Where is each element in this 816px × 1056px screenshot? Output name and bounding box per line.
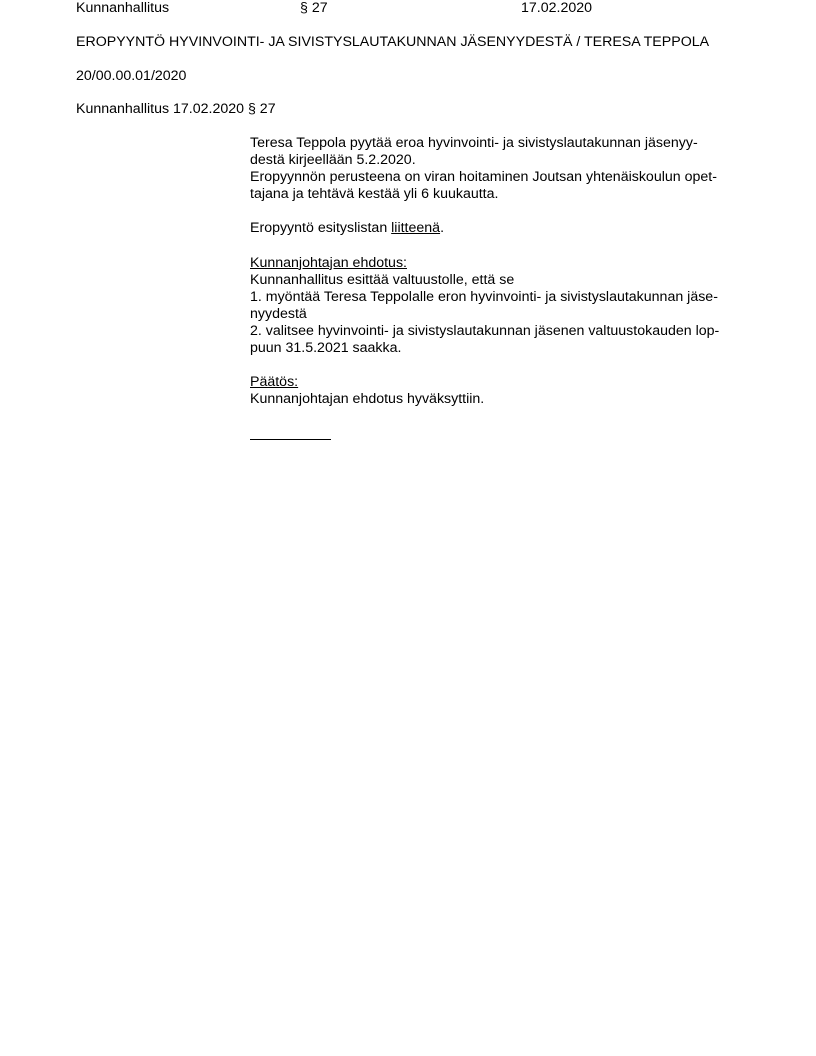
record-number: 20/00.00.01/2020 (76, 68, 186, 84)
meeting-reference: Kunnanhallitus 17.02.2020 § 27 (76, 101, 276, 117)
proposal-item-2-line-1: 2. valitsee hyvinvointi- ja sivistyslaut… (250, 323, 738, 340)
decision-heading: Päätös: (250, 374, 738, 391)
header-date: 17.02.2020 (521, 0, 592, 16)
proposal-intro: Kunnanhallitus esittää valtuustolle, ett… (250, 272, 738, 289)
header-section: § 27 (300, 0, 328, 16)
decision-text: Kunnanjohtajan ehdotus hyväksyttiin. (250, 391, 738, 408)
reason-line-1: Eropyynnön perusteena on viran hoitamine… (250, 169, 738, 186)
document-body: Teresa Teppola pyytää eroa hyvinvointi- … (250, 135, 738, 445)
reason-line-2: tajana ja tehtävä kestää yli 6 kuukautta… (250, 186, 738, 203)
proposal-item-1-line-1: 1. myöntää Teresa Teppolalle eron hyvinv… (250, 289, 738, 306)
proposal-heading: Kunnanjohtajan ehdotus: (250, 255, 738, 272)
attachment-note: Eropyyntö esityslistan liitteenä. (250, 220, 738, 237)
request-line-2: destä kirjeellään 5.2.2020. (250, 152, 738, 169)
proposal-item-1-line-2: nyydestä (250, 306, 738, 323)
attachment-link[interactable]: liitteenä (391, 220, 440, 236)
proposal-item-2-line-2: puun 31.5.2021 saakka. (250, 340, 738, 357)
header-body-name: Kunnanhallitus (76, 0, 169, 16)
end-rule (250, 426, 331, 440)
request-line-1: Teresa Teppola pyytää eroa hyvinvointi- … (250, 135, 738, 152)
document-title: EROPYYNTÖ HYVINVOINTI- JA SIVISTYSLAUTAK… (76, 34, 709, 50)
